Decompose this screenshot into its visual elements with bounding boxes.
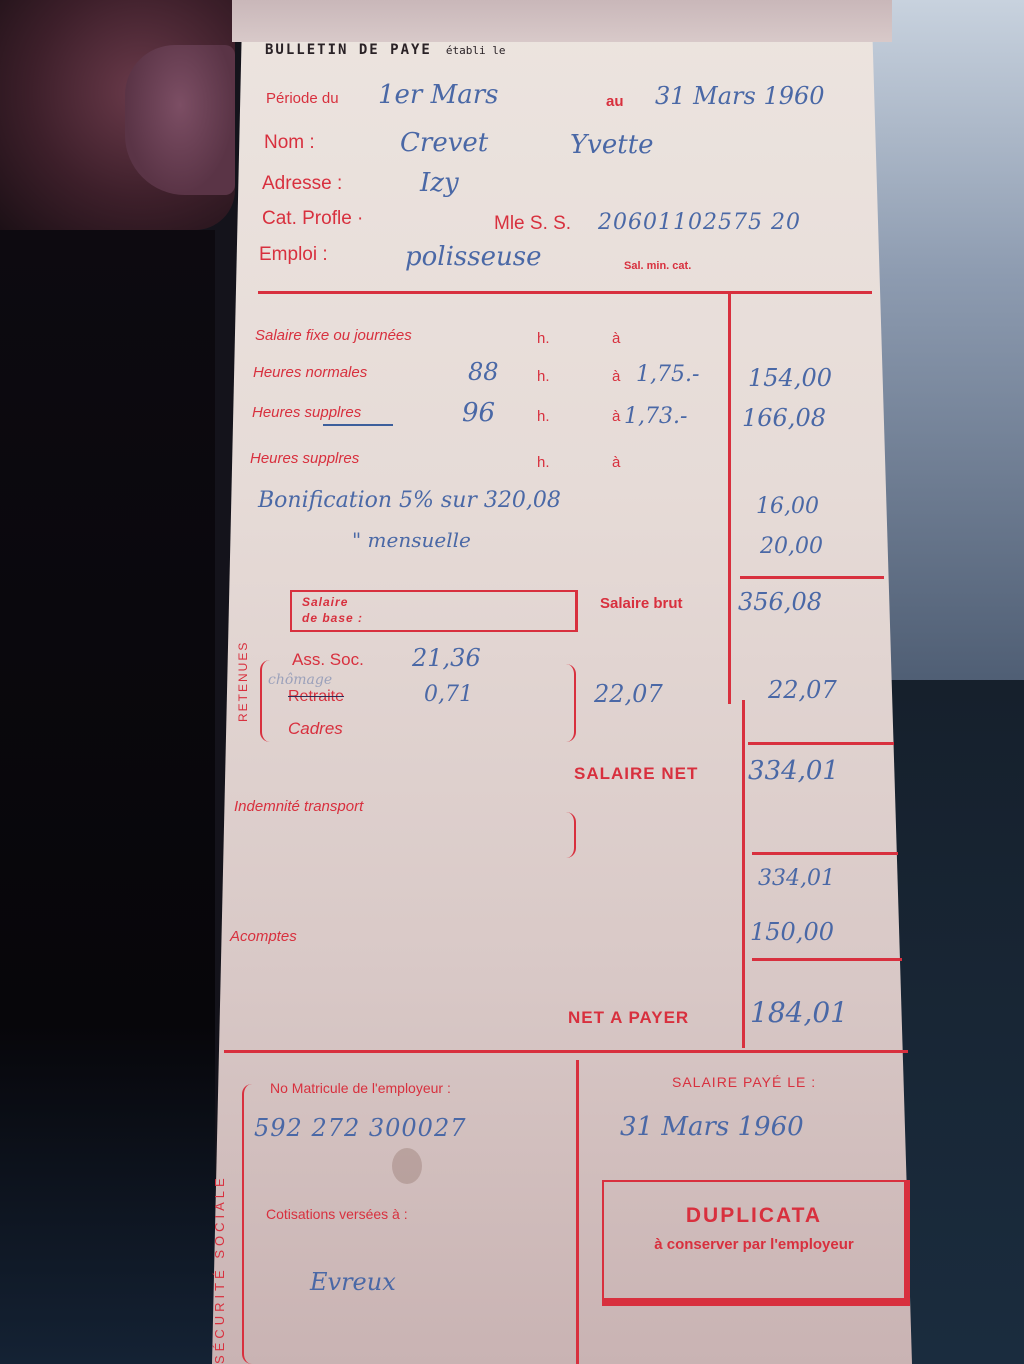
duplicate-subtitle: à conserver par l'employeur — [604, 1236, 904, 1253]
net-salary-label: SALAIRE NET — [574, 764, 698, 784]
rule-net — [748, 742, 894, 745]
duplicate-title: DUPLICATA — [604, 1204, 904, 1228]
deductions-brace-right — [566, 664, 576, 742]
earnings-label-overtime-2: Heures supplres — [250, 450, 359, 467]
deduction-overwrite-chomage: chômage — [268, 672, 332, 688]
address-label: Adresse : — [262, 173, 342, 195]
title-text: BULLETIN DE PAYE — [265, 42, 432, 58]
earnings-h-0: h. — [537, 330, 550, 347]
earnings-rate-normal: 1,75.- — [636, 362, 699, 387]
net-salary-amount: 334,01 — [748, 756, 839, 786]
transport-label: Indemnité transport — [234, 798, 363, 815]
contributions-value: Evreux — [310, 1268, 396, 1296]
employer-number-label: No Matricule de l'employeur : — [270, 1080, 451, 1096]
bonus-1-text: Bonification 5% sur 320,08 — [258, 488, 561, 513]
paper-stain — [392, 1148, 422, 1184]
earnings-a-3: à — [612, 454, 620, 471]
earnings-h-2: h. — [537, 408, 550, 425]
base-salary-label-1: Salaire — [302, 595, 348, 609]
gross-label: Salaire brut — [600, 595, 683, 612]
bonus-2-amount: 20,00 — [760, 534, 823, 559]
period-from-label: Période du — [266, 90, 339, 107]
rule-pay — [752, 958, 902, 961]
earnings-label-overtime: Heures supplres — [252, 404, 361, 421]
deduction-amount-retirement: 0,71 — [424, 682, 473, 707]
column-divider — [728, 294, 731, 704]
earnings-hours-overtime: 96 — [462, 398, 495, 428]
earnings-hours-normal: 88 — [468, 358, 499, 386]
earnings-a-1: à — [612, 368, 620, 385]
footer-brace — [242, 1084, 252, 1364]
transport-brace — [566, 812, 576, 858]
net-pay-label: NET A PAYER — [568, 1008, 689, 1028]
earnings-a-2: à — [612, 408, 620, 425]
deduction-total: 22,07 — [768, 676, 837, 704]
gross-amount: 356,08 — [738, 588, 822, 616]
name-label: Nom : — [264, 132, 315, 154]
deduction-label-executives: Cadres — [288, 719, 343, 739]
background-thumb — [125, 45, 235, 195]
address-value: Izy — [420, 168, 459, 198]
category-label: Cat. Profle · — [262, 208, 363, 230]
earnings-h-3: h. — [537, 454, 550, 471]
deduction-subtotal: 22,07 — [594, 680, 663, 708]
folded-page-edge — [232, 0, 892, 42]
rule-gross — [740, 576, 884, 579]
ss-label: Mle S. S. — [494, 213, 571, 235]
rule-footer — [224, 1050, 908, 1053]
earnings-a-0: à — [612, 330, 620, 347]
paid-on-label: SALAIRE PAYÉ LE : — [672, 1074, 816, 1090]
period-to-label: au — [606, 93, 624, 110]
deduction-amount-social: 21,36 — [412, 644, 481, 672]
carry-amount: 334,01 — [758, 866, 835, 891]
contributions-label: Cotisations versées à : — [266, 1206, 408, 1222]
deduction-label-retirement: Retraite — [288, 688, 344, 706]
min-salary-label: Sal. min. cat. — [624, 260, 691, 272]
employer-number-value: 592 272 300027 — [254, 1114, 467, 1142]
earnings-amount-normal: 154,00 — [748, 364, 832, 392]
column-divider-lower — [742, 700, 745, 1048]
deduction-label-social: Ass. Soc. — [292, 650, 364, 670]
earnings-label-fixed: Salaire fixe ou journées — [255, 327, 412, 344]
advances-label: Acomptes — [230, 928, 297, 945]
social-security-label: SÉCURITÉ SOCIALE — [212, 1174, 227, 1364]
paid-on-value: 31 Mars 1960 — [620, 1112, 804, 1142]
duplicate-stamp: DUPLICATA à conserver par l'employeur — [602, 1180, 910, 1306]
title-suffix: établi le — [446, 44, 506, 57]
bonus-1-amount: 16,00 — [756, 494, 819, 519]
earnings-amount-overtime: 166,08 — [742, 404, 826, 432]
background-dark — [0, 230, 215, 1364]
job-value: polisseuse — [405, 242, 541, 272]
net-pay-amount: 184,01 — [750, 996, 848, 1029]
document-title: BULLETIN DE PAYEétabli le — [265, 42, 505, 58]
rule-carry — [752, 852, 898, 855]
last-name-value: Crevet — [400, 128, 488, 158]
ss-number-value: 20601102575 20 — [598, 210, 801, 235]
first-name-value: Yvette — [570, 130, 654, 160]
base-salary-label-2: de base : — [302, 611, 363, 625]
deductions-section-label: RETENUES — [236, 641, 250, 722]
period-to-value: 31 Mars 1960 — [655, 82, 825, 110]
advances-amount: 150,00 — [750, 918, 834, 946]
overtime-underline — [323, 424, 393, 426]
earnings-h-1: h. — [537, 368, 550, 385]
base-salary-box: Salaire de base : — [290, 590, 578, 632]
bonus-2-text: " mensuelle — [352, 528, 471, 552]
earnings-label-normal: Heures normales — [253, 364, 367, 381]
rule-header — [258, 291, 872, 294]
earnings-rate-overtime: 1,73.- — [624, 404, 687, 429]
job-label: Emploi : — [259, 244, 328, 266]
footer-divider — [576, 1060, 579, 1364]
period-from-value: 1er Mars — [378, 80, 499, 110]
